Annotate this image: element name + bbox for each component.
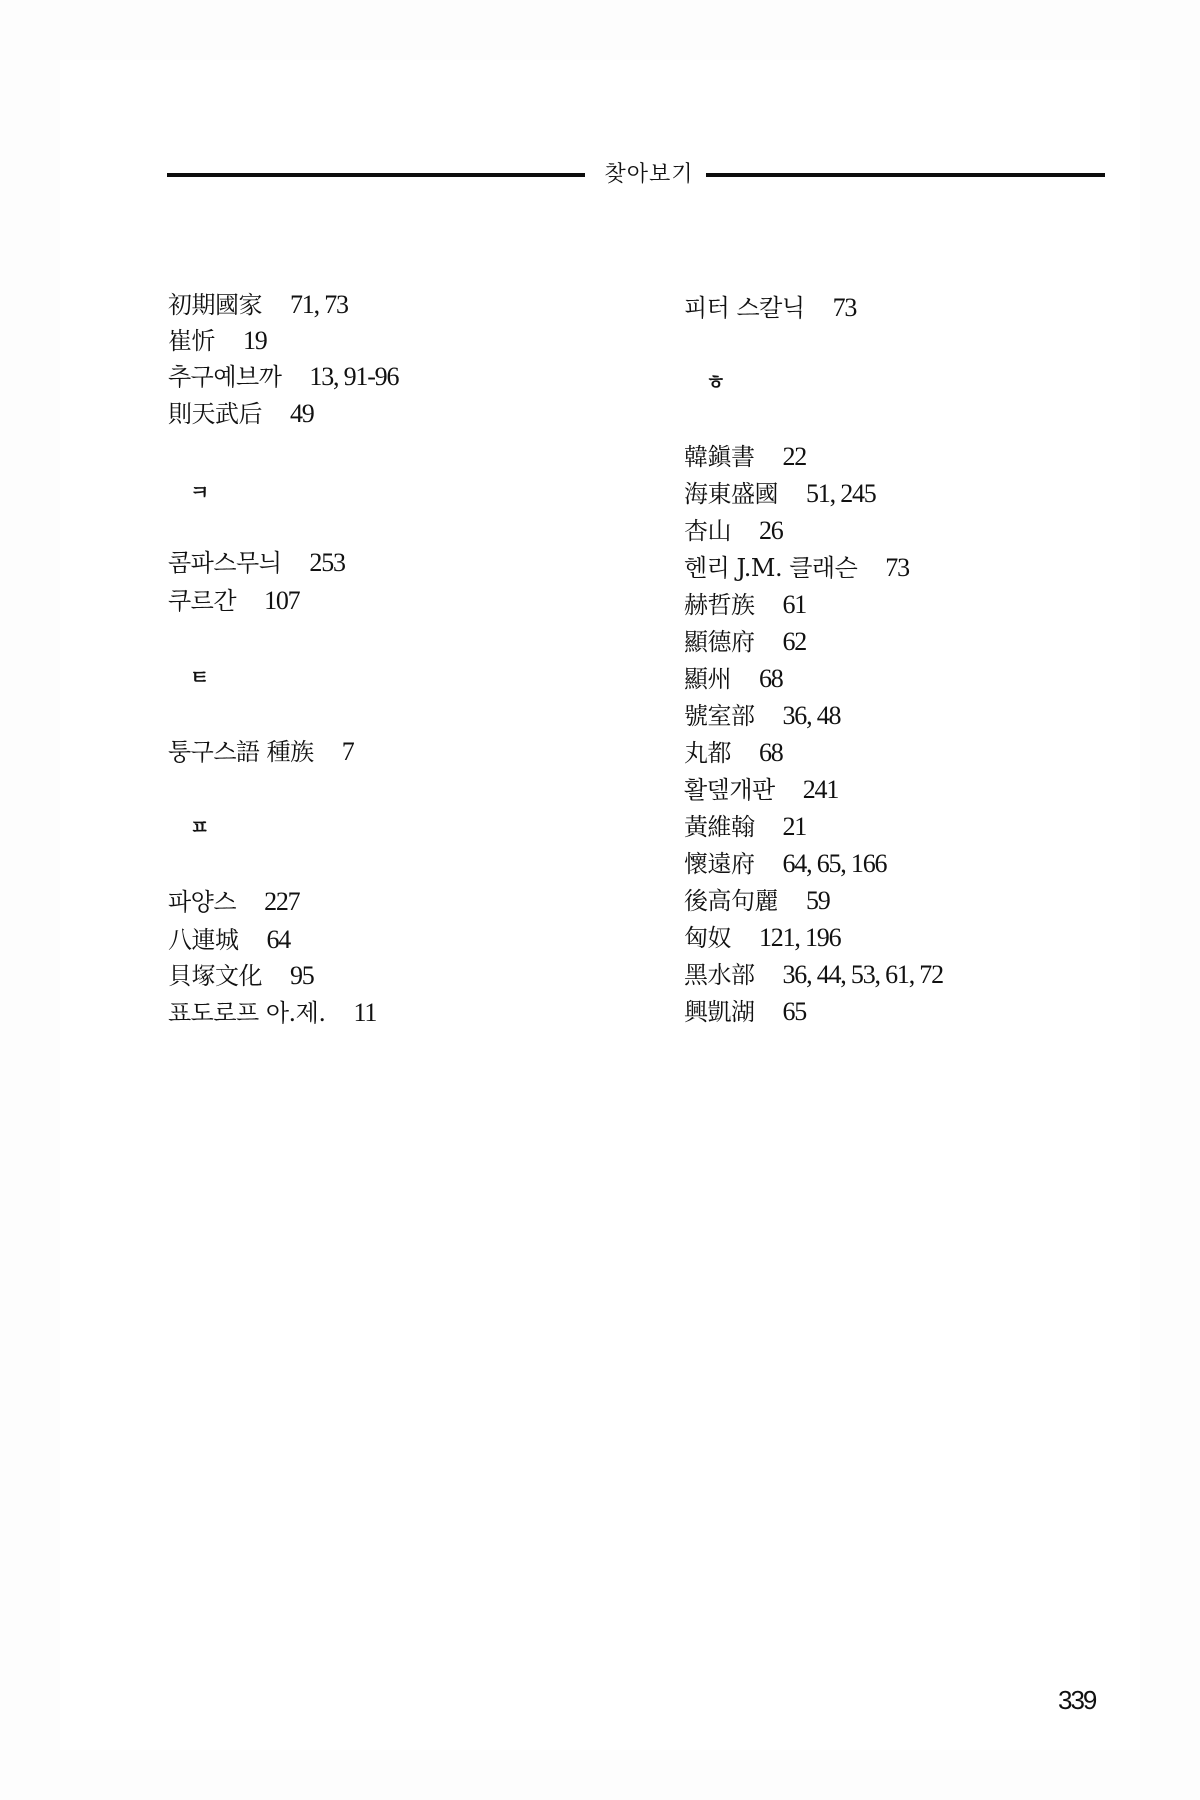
index-page-refs: 121, 196 — [759, 923, 840, 953]
index-term: 貝塚文化 — [168, 961, 262, 991]
index-page-refs: 241 — [803, 775, 838, 805]
index-entry: 활뎊개판241 — [684, 775, 838, 805]
index-entry: 쿠르간107 — [168, 586, 299, 616]
index-entry: 初期國家71, 73 — [168, 290, 348, 320]
index-entry: 퉁구스語 種族7 — [168, 737, 354, 767]
index-page-refs: 73 — [833, 293, 857, 323]
index-entry: 黃維翰21 — [684, 812, 806, 842]
index-entry: 匈奴121, 196 — [684, 923, 840, 953]
index-page-refs: 107 — [264, 586, 299, 616]
index-page-refs: 49 — [290, 399, 314, 429]
index-entry: 파양스227 — [168, 887, 299, 917]
index-page-refs: 21 — [783, 812, 807, 842]
index-term: 匈奴 — [684, 923, 731, 953]
index-term: 피터 스칼닉 — [684, 293, 805, 323]
index-entry: 號室部36, 48 — [684, 701, 840, 731]
index-term: 쿠르간 — [168, 586, 236, 616]
index-entry: 콤파스무늬253 — [168, 548, 345, 578]
index-term: 추구예브까 — [168, 362, 281, 392]
index-page-refs: 51, 245 — [806, 479, 876, 509]
index-term: 興凱湖 — [684, 997, 755, 1027]
index-entry: 貝塚文化95 — [168, 961, 314, 991]
index-term: 퉁구스語 種族 — [168, 737, 314, 767]
index-entry: 興凱湖65 — [684, 997, 806, 1027]
index-page-refs: 71, 73 — [290, 290, 348, 320]
header-rule-right — [706, 173, 1105, 177]
index-term: 顯德府 — [684, 627, 755, 657]
index-section-letter: ㅍ — [190, 812, 209, 842]
index-page-refs: 26 — [759, 516, 783, 546]
index-term: 黃維翰 — [684, 812, 755, 842]
index-entry: 丸都68 — [684, 738, 783, 768]
index-entry: 八連城64 — [168, 925, 290, 955]
header-rule-left — [167, 173, 585, 177]
index-term: 콤파스무늬 — [168, 548, 281, 578]
index-page-refs: 19 — [243, 326, 267, 356]
index-entry: 韓鎭書22 — [684, 442, 806, 472]
index-entry: 崔忻19 — [168, 326, 267, 356]
index-page-refs: 22 — [783, 442, 807, 472]
index-entry: 懷遠府64, 65, 166 — [684, 849, 886, 879]
index-page-refs: 64 — [267, 925, 291, 955]
index-entry: 추구예브까13, 91-96 — [168, 362, 398, 392]
page-number: 339 — [1058, 1685, 1095, 1716]
index-term: 黑水部 — [684, 960, 755, 990]
index-entry: 海東盛國51, 245 — [684, 479, 876, 509]
index-term: 韓鎭書 — [684, 442, 755, 472]
index-term: 八連城 — [168, 925, 239, 955]
index-section-letter: ㅎ — [706, 367, 725, 397]
index-page-refs: 36, 48 — [783, 701, 841, 731]
index-term: 丸都 — [684, 738, 731, 768]
index-term: 號室部 — [684, 701, 755, 731]
index-term: 懷遠府 — [684, 849, 755, 879]
index-page-refs: 253 — [309, 548, 344, 578]
index-page-refs: 7 — [342, 737, 354, 767]
index-term: 표도로프 아.제. — [168, 998, 326, 1028]
index-entry: 顯州68 — [684, 664, 783, 694]
index-entry: 헨리 J.M. 클래슨73 — [684, 553, 909, 583]
index-entry: 杏山26 — [684, 516, 783, 546]
index-term: 顯州 — [684, 664, 731, 694]
index-page-refs: 68 — [759, 664, 783, 694]
index-entry: 피터 스칼닉73 — [684, 293, 856, 323]
index-page-refs: 64, 65, 166 — [783, 849, 887, 879]
index-page-refs: 61 — [783, 590, 807, 620]
index-page-refs: 11 — [354, 998, 377, 1028]
index-term: 파양스 — [168, 887, 236, 917]
index-entry: 顯德府62 — [684, 627, 806, 657]
index-term: 海東盛國 — [684, 479, 778, 509]
index-term: 後高句麗 — [684, 886, 778, 916]
index-page-refs: 227 — [264, 887, 299, 917]
index-page-refs: 65 — [783, 997, 807, 1027]
index-term: 赫哲族 — [684, 590, 755, 620]
index-term: 崔忻 — [168, 326, 215, 356]
index-entry: 赫哲族61 — [684, 590, 806, 620]
index-term: 헨리 J.M. 클래슨 — [684, 553, 857, 583]
index-term: 初期國家 — [168, 290, 262, 320]
index-page-refs: 59 — [806, 886, 830, 916]
index-page-refs: 68 — [759, 738, 783, 768]
index-entry: 黑水部36, 44, 53, 61, 72 — [684, 960, 943, 990]
index-page-refs: 73 — [885, 553, 909, 583]
index-term: 활뎊개판 — [684, 775, 775, 805]
index-page-refs: 13, 91-96 — [309, 362, 398, 392]
index-term: 杏山 — [684, 516, 731, 546]
index-entry: 後高句麗59 — [684, 886, 830, 916]
page-header-title: 찾아보기 — [598, 160, 700, 190]
index-page-refs: 36, 44, 53, 61, 72 — [783, 960, 943, 990]
index-term: 則天武后 — [168, 399, 262, 429]
index-page-refs: 62 — [783, 627, 807, 657]
index-entry: 표도로프 아.제.11 — [168, 998, 376, 1028]
index-entry: 則天武后49 — [168, 399, 314, 429]
index-page-refs: 95 — [290, 961, 314, 991]
index-section-letter: ㅌ — [190, 662, 209, 692]
index-section-letter: ㅋ — [190, 477, 209, 507]
